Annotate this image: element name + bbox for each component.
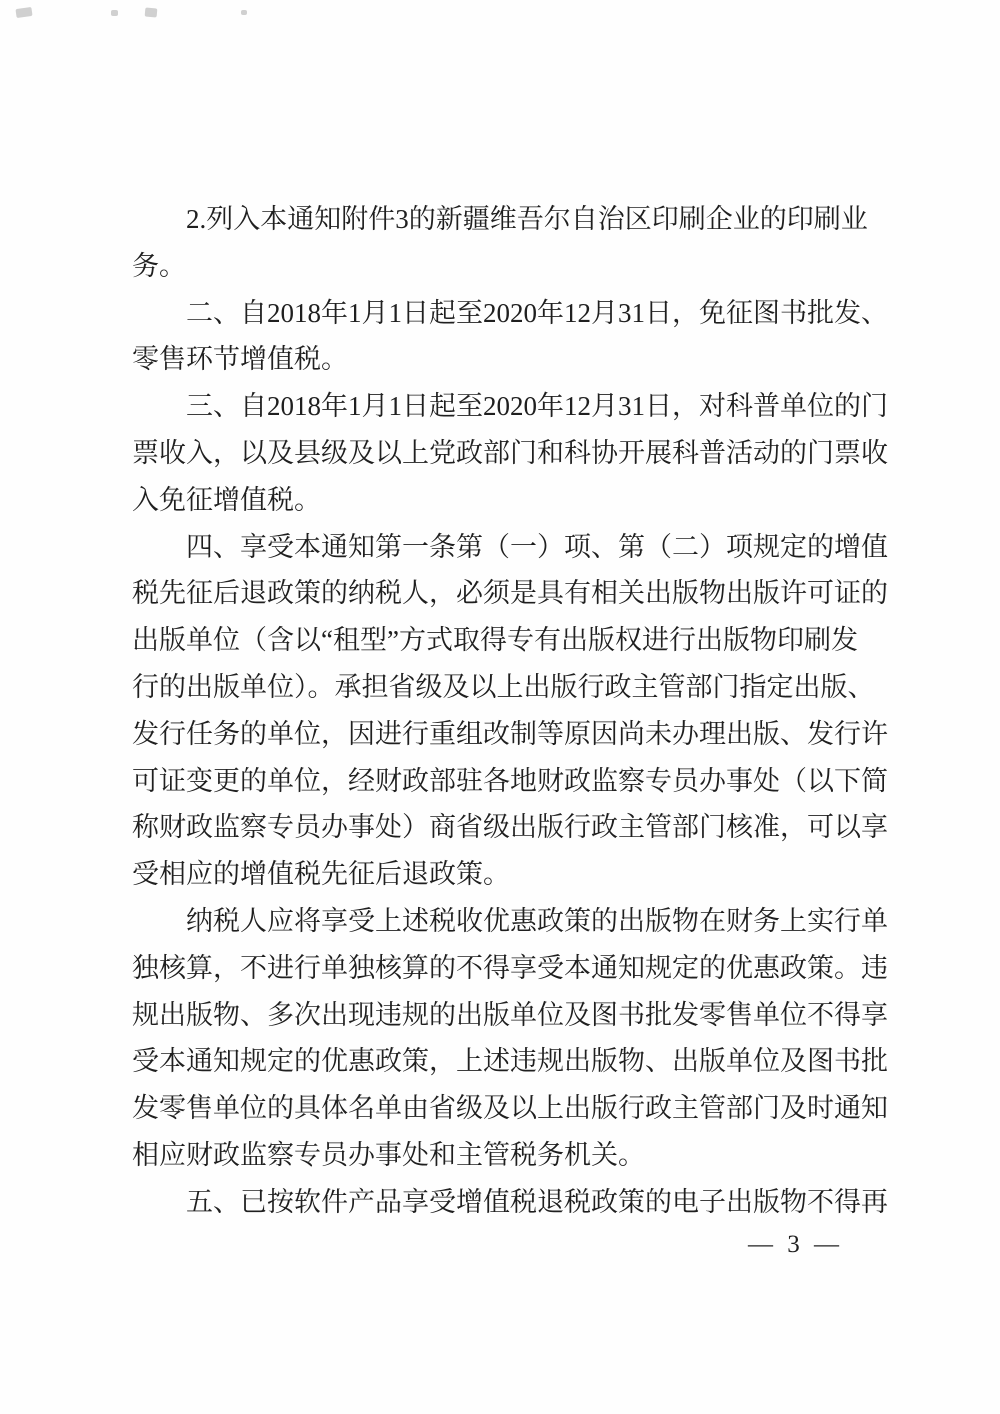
scan-artifact [111,10,118,16]
text-line: 相应财政监察专员办事处和主管税务机关。 [132,1132,892,1179]
scan-artifact [15,7,32,18]
text-line: 发行任务的单位，因进行重组改制等原因尚未办理出版、发行许 [132,711,892,758]
text-line: 称财政监察专员办事处）商省级出版行政主管部门核准，可以享 [132,804,892,851]
text-line: 税先征后退政策的纳税人，必须是具有相关出版物出版许可证的 [132,570,892,617]
text-line: 四、享受本通知第一条第（一）项、第（二）项规定的增值 [132,524,892,571]
text-line: 行的出版单位）。承担省级及以上出版行政主管部门指定出版、 [132,664,892,711]
text-line: 受相应的增值税先征后退政策。 [132,851,892,898]
text-line: 务。 [132,243,892,290]
document-page: 2.列入本通知附件3的新疆维吾尔自治区印刷企业的印刷业务。二、自2018年1月1… [0,0,1000,1414]
scan-artifact [145,7,158,17]
text-line: 可证变更的单位，经财政部驻各地财政监察专员办事处（以下简 [132,758,892,805]
text-line: 2.列入本通知附件3的新疆维吾尔自治区印刷企业的印刷业 [132,196,892,243]
text-line: 独核算，不进行单独核算的不得享受本通知规定的优惠政策。违 [132,945,892,992]
text-line: 发零售单位的具体名单由省级及以上出版行政主管部门及时通知 [132,1085,892,1132]
text-line: 五、已按软件产品享受增值税退税政策的电子出版物不得再 [132,1179,892,1226]
text-line: 三、自2018年1月1日起至2020年12月31日，对科普单位的门 [132,383,892,430]
text-line: 规出版物、多次出现违规的出版单位及图书批发零售单位不得享 [132,992,892,1039]
text-line: 受本通知规定的优惠政策，上述违规出版物、出版单位及图书批 [132,1038,892,1085]
text-line: 出版单位（含以“租型”方式取得专有出版权进行出版物印刷发 [132,617,892,664]
text-line: 零售环节增值税。 [132,336,892,383]
page-number: — 3 — [748,1231,843,1259]
scan-artifact [241,10,247,15]
text-line: 入免征增值税。 [132,477,892,524]
text-line: 票收入，以及县级及以上党政部门和科协开展科普活动的门票收 [132,430,892,477]
text-line: 二、自2018年1月1日起至2020年12月31日，免征图书批发、 [132,290,892,337]
document-body: 2.列入本通知附件3的新疆维吾尔自治区印刷企业的印刷业务。二、自2018年1月1… [132,196,892,1226]
text-line: 纳税人应将享受上述税收优惠政策的出版物在财务上实行单 [132,898,892,945]
